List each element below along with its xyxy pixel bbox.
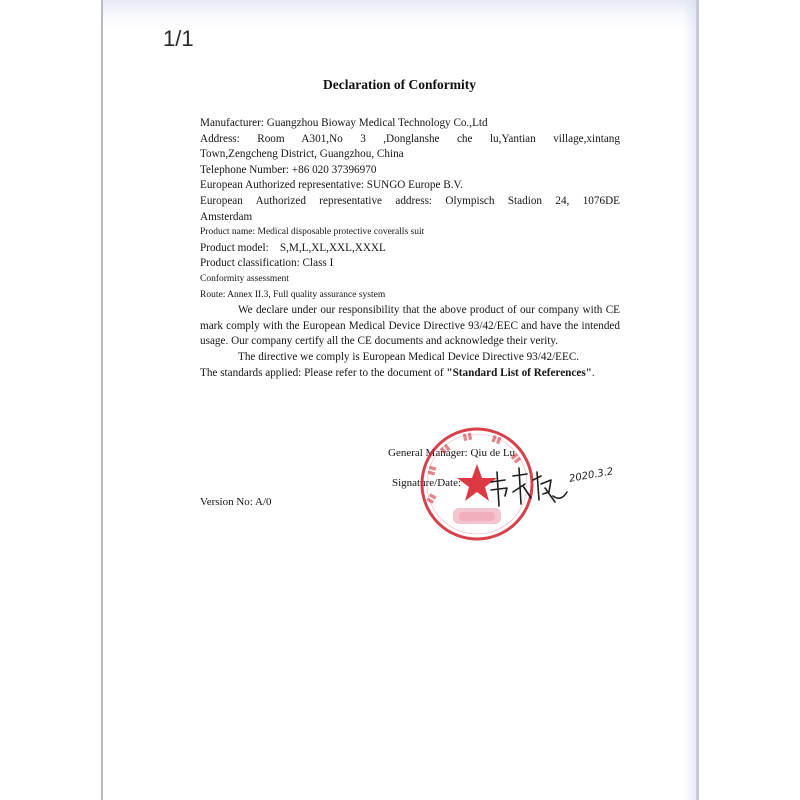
product-model-line: Product model: S,M,L,XL,XXL,XXXL bbox=[200, 241, 620, 257]
svg-text:▮▮: ▮▮ bbox=[462, 431, 474, 443]
page-edge-shadow bbox=[684, 0, 696, 800]
handwritten-signature-icon bbox=[483, 462, 643, 512]
eu-representative-line: European Authorized representative: SUNG… bbox=[200, 178, 620, 194]
address-line-1: Address: Room A301,No 3 ,Donglanshe che … bbox=[200, 132, 620, 148]
svg-text:▮▮: ▮▮ bbox=[426, 465, 438, 477]
product-name-line: Product name: Medical disposable protect… bbox=[200, 225, 620, 241]
standards-paragraph: The standards applied: Please refer to t… bbox=[200, 366, 620, 382]
version-number: Version No: A/0 bbox=[200, 496, 272, 508]
route-line: Route: Annex II.3, Full quality assuranc… bbox=[200, 288, 620, 304]
eu-representative-address-line-2: Amsterdam bbox=[200, 210, 620, 226]
conformity-assessment-line: Conformity assessment bbox=[200, 272, 620, 288]
declaration-paragraph: We declare under our responsibility that… bbox=[200, 303, 620, 350]
page-counter: 1/1 bbox=[163, 26, 194, 52]
document-page: 1/1 Declaration of Conformity Manufactur… bbox=[101, 0, 699, 800]
document-body: Manufacturer: Guangzhou Bioway Medical T… bbox=[200, 116, 620, 381]
manufacturer-line: Manufacturer: Guangzhou Bioway Medical T… bbox=[200, 116, 620, 132]
svg-text:▮▮: ▮▮ bbox=[490, 433, 503, 446]
document-title: Declaration of Conformity bbox=[103, 77, 696, 93]
standards-prefix: The standards applied: Please refer to t… bbox=[200, 367, 446, 379]
directive-line: The directive we comply is European Medi… bbox=[200, 350, 620, 366]
eu-representative-address-line-1: European Authorized representative addre… bbox=[200, 194, 620, 210]
product-classification-line: Product classification: Class I bbox=[200, 256, 620, 272]
telephone-line: Telephone Number: +86 020 37396970 bbox=[200, 163, 620, 179]
address-line-2: Town,Zengcheng District, Guangzhou, Chin… bbox=[200, 147, 620, 163]
standards-suffix: . bbox=[592, 367, 595, 379]
standards-reference: "Standard List of References" bbox=[446, 367, 592, 379]
